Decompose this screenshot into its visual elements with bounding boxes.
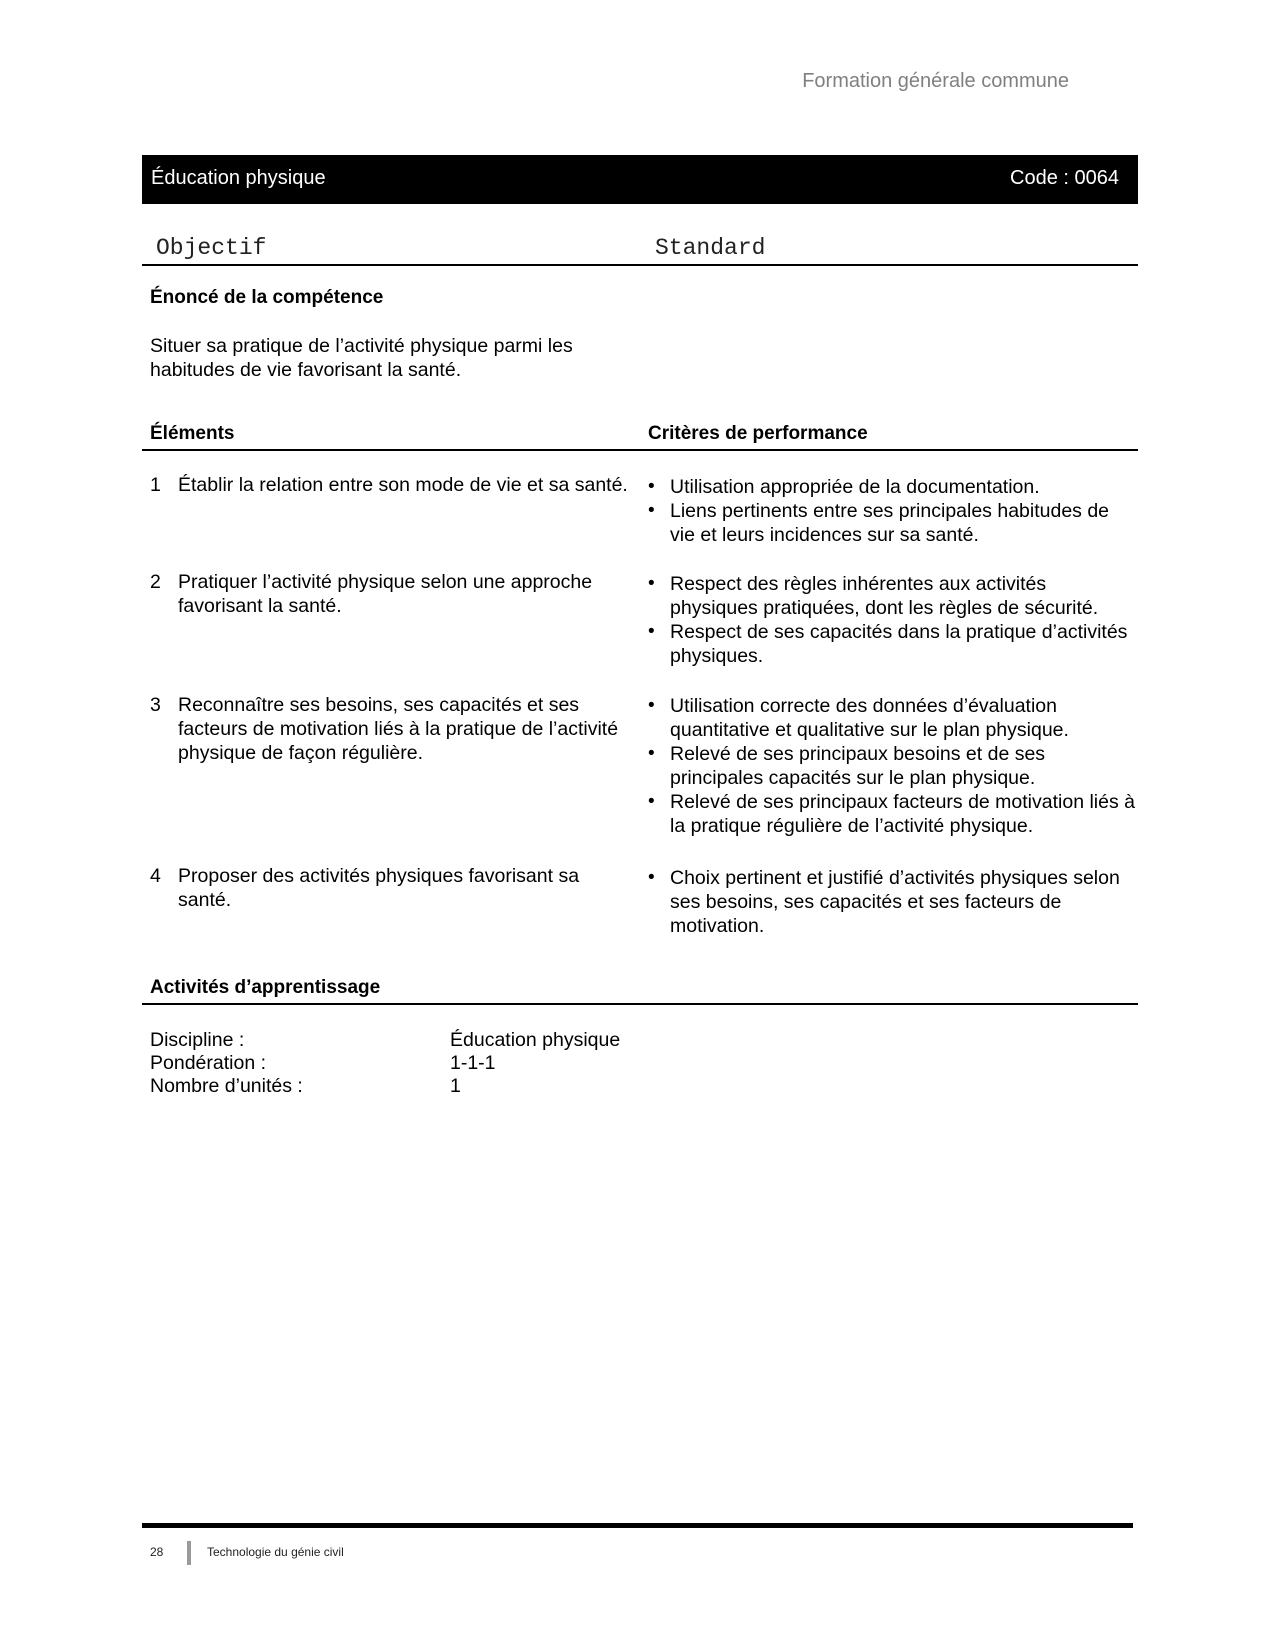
units-value: 1 <box>450 1075 461 1098</box>
criterion: Relevé de ses principaux besoins et de s… <box>648 742 1138 790</box>
criterion: Utilisation correcte des données d’évalu… <box>648 694 1138 742</box>
footer-divider <box>142 1523 1133 1528</box>
criterion: Respect des règles inhérentes aux activi… <box>648 572 1138 620</box>
discipline-label: Discipline : <box>150 1029 450 1052</box>
element-text: Reconnaître ses besoins, ses capacités e… <box>178 693 630 765</box>
running-header: Formation générale commune <box>802 70 1069 93</box>
course-title: Éducation physique <box>151 167 326 190</box>
criteria-heading: Critères de performance <box>648 423 868 445</box>
element-text: Proposer des activités physiques favoris… <box>178 864 630 912</box>
criterion: Choix pertinent et justifié d’activités … <box>648 866 1138 938</box>
column-headers: Objectif Standard <box>142 232 1138 266</box>
course-title-bar: Éducation physique Code : 0064 <box>142 155 1138 204</box>
element-text: Établir la relation entre son mode de vi… <box>178 473 630 497</box>
learning-activities-heading: Activités d’apprentissage <box>150 977 380 999</box>
discipline-value: Éducation physique <box>450 1029 620 1052</box>
discipline-row: Discipline : Éducation physique <box>150 1029 620 1052</box>
footer-separator <box>187 1541 191 1565</box>
criterion: Respect de ses capacités dans la pratiqu… <box>648 620 1138 668</box>
learning-activities-details: Discipline : Éducation physique Pondérat… <box>150 1029 620 1098</box>
criteria-list-2: Respect des règles inhérentes aux activi… <box>648 572 1138 668</box>
element-number: 1 <box>150 473 161 497</box>
learning-activities-header: Activités d’apprentissage <box>142 970 1138 1005</box>
weighting-value: 1-1-1 <box>450 1052 496 1075</box>
criterion: Liens pertinents entre ses principales h… <box>648 499 1138 547</box>
criteria-list-1: Utilisation appropriée de la documentati… <box>648 475 1138 547</box>
program-name: Technologie du génie civil <box>207 1545 344 1559</box>
criterion: Utilisation appropriée de la documentati… <box>648 475 1138 499</box>
course-code: Code : 0064 <box>1010 167 1119 190</box>
criteria-list-3: Utilisation correcte des données d’évalu… <box>648 694 1138 838</box>
page-number: 28 <box>150 1545 163 1559</box>
units-row: Nombre d’unités : 1 <box>150 1075 620 1098</box>
elements-criteria-header: Éléments Critères de performance <box>142 416 1138 451</box>
element-number: 2 <box>150 570 161 594</box>
criteria-list-4: Choix pertinent et justifié d’activités … <box>648 866 1138 938</box>
criterion: Relevé de ses principaux facteurs de mot… <box>648 790 1138 838</box>
weighting-label: Pondération : <box>150 1052 450 1075</box>
objective-column-label: Objectif <box>156 235 266 261</box>
competence-statement: Situer sa pratique de l’activité physiqu… <box>150 334 620 382</box>
element-number: 3 <box>150 693 161 717</box>
element-text: Pratiquer l’activité physique selon une … <box>178 570 630 618</box>
element-number: 4 <box>150 864 161 888</box>
standard-column-label: Standard <box>655 235 765 261</box>
weighting-row: Pondération : 1-1-1 <box>150 1052 620 1075</box>
units-label: Nombre d’unités : <box>150 1075 450 1098</box>
competence-heading: Énoncé de la compétence <box>150 287 383 309</box>
elements-heading: Éléments <box>150 423 234 445</box>
